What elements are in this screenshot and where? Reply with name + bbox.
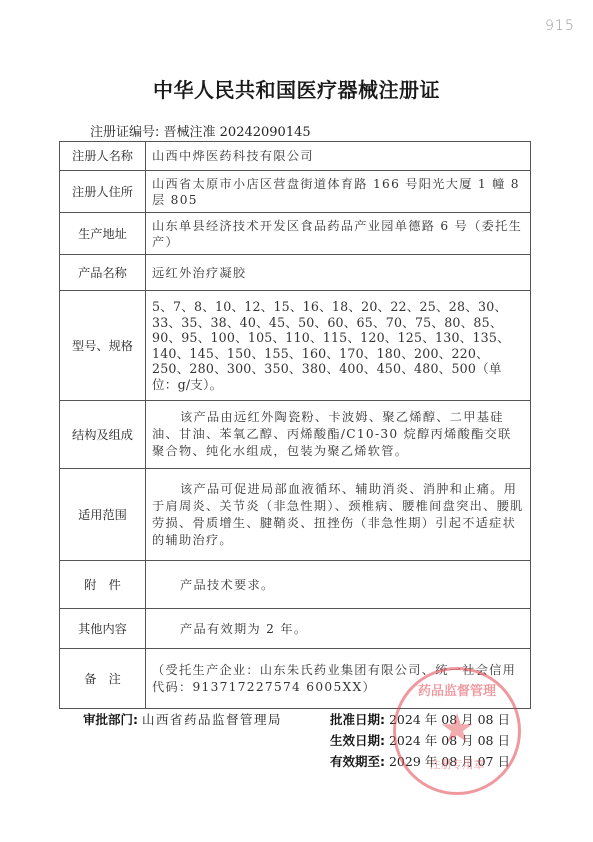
table-row: 其他内容 产品有效期为 2 年。 (60, 609, 531, 649)
other-content-text: 产品有效期为 2 年。 (152, 621, 524, 637)
row-label: 结构及组成 (60, 401, 146, 469)
document-title: 中华人民共和国医疗器械注册证 (0, 74, 593, 103)
structure-composition-text: 该产品由远红外陶瓷粉、卡波姆、聚乙烯醇、二甲基硅油、甘油、苯氧乙醇、丙烯酸酯/C… (152, 409, 524, 460)
approval-department: 审批部门: 山西省药品监督管理局 (83, 710, 282, 728)
other-content: 产品有效期为 2 年。 (146, 609, 531, 649)
row-label: 注册人名称 (60, 142, 146, 171)
approval-date-label: 批准日期: (330, 712, 385, 727)
structure-composition: 该产品由远红外陶瓷粉、卡波姆、聚乙烯醇、二甲基硅油、甘油、苯氧乙醇、丙烯酸酯/C… (146, 401, 531, 469)
certificate-table: 注册人名称 山西中烨医药科技有限公司 注册人住所 山西省太原市小店区营盘街道体育… (59, 141, 531, 709)
table-row: 生产地址 山东单县经济技术开发区食品药品产业园单德路 6 号（委托生产） (60, 213, 531, 255)
effective-date-value: 2024 年 08 月 08 日 (389, 733, 510, 748)
table-row: 型号、规格 5、7、8、10、12、15、16、18、20、22、25、28、3… (60, 291, 531, 401)
expiry-date-label: 有效期至: (330, 754, 385, 769)
row-label: 附 件 (60, 561, 146, 609)
effective-date-label: 生效日期: (330, 733, 385, 748)
row-label: 产品名称 (60, 255, 146, 291)
table-row: 附 件 产品技术要求。 (60, 561, 531, 609)
approval-department-value: 山西省药品监督管理局 (142, 712, 282, 727)
product-name: 远红外治疗凝胶 (146, 255, 531, 291)
effective-date: 生效日期: 2024 年 08 月 08 日 (330, 731, 510, 749)
table-row: 注册人住所 山西省太原市小店区营盘街道体育路 166 号阳光大厦 1 幢 8 层… (60, 171, 531, 213)
row-label: 注册人住所 (60, 171, 146, 213)
registration-number-label: 注册证编号: (90, 125, 159, 140)
registration-number-value: 晋械注准 20242090145 (164, 125, 311, 140)
table-row: 适用范围 该产品可促进局部血液循环、辅助消炎、消肿和止痛。用于肩周炎、关节炎（非… (60, 469, 531, 561)
registrant-address: 山西省太原市小店区营盘街道体育路 166 号阳光大厦 1 幢 8 层 805 (146, 171, 531, 213)
row-label: 生产地址 (60, 213, 146, 255)
table-row: 备 注 （受托生产企业：山东朱氏药业集团有限公司、统一社会信用代码：913717… (60, 649, 531, 709)
registrant-name: 山西中烨医药科技有限公司 (146, 142, 531, 171)
remarks: （受托生产企业：山东朱氏药业集团有限公司、统一社会信用代码：9137172275… (146, 649, 531, 709)
row-label: 适用范围 (60, 469, 146, 561)
row-label: 备 注 (60, 649, 146, 709)
expiry-date: 有效期至: 2029 年 08 月 07 日 (330, 752, 510, 770)
approval-department-label: 审批部门: (83, 712, 138, 727)
table-row: 结构及组成 该产品由远红外陶瓷粉、卡波姆、聚乙烯醇、二甲基硅油、甘油、苯氧乙醇、… (60, 401, 531, 469)
expiry-date-value: 2029 年 08 月 07 日 (389, 754, 510, 769)
row-label: 型号、规格 (60, 291, 146, 401)
model-specifications: 5、7、8、10、12、15、16、18、20、22、25、28、30、33、3… (146, 291, 531, 401)
approval-date-value: 2024 年 08 月 08 日 (389, 712, 510, 727)
approval-date: 批准日期: 2024 年 08 月 08 日 (330, 710, 510, 728)
attachments: 产品技术要求。 (146, 561, 531, 609)
registration-number: 注册证编号: 晋械注准 20242090145 (90, 121, 311, 140)
scope-of-application: 该产品可促进局部血液循环、辅助消炎、消肿和止痛。用于肩周炎、关节炎（非急性期）、… (146, 469, 531, 561)
table-row: 注册人名称 山西中烨医药科技有限公司 (60, 142, 531, 171)
page-number-note: 915 (545, 18, 575, 34)
scope-of-application-text: 该产品可促进局部血液循环、辅助消炎、消肿和止痛。用于肩周炎、关节炎（非急性期）、… (152, 481, 524, 549)
production-address: 山东单县经济技术开发区食品药品产业园单德路 6 号（委托生产） (146, 213, 531, 255)
attachments-text: 产品技术要求。 (152, 577, 524, 593)
table-row: 产品名称 远红外治疗凝胶 (60, 255, 531, 291)
row-label: 其他内容 (60, 609, 146, 649)
